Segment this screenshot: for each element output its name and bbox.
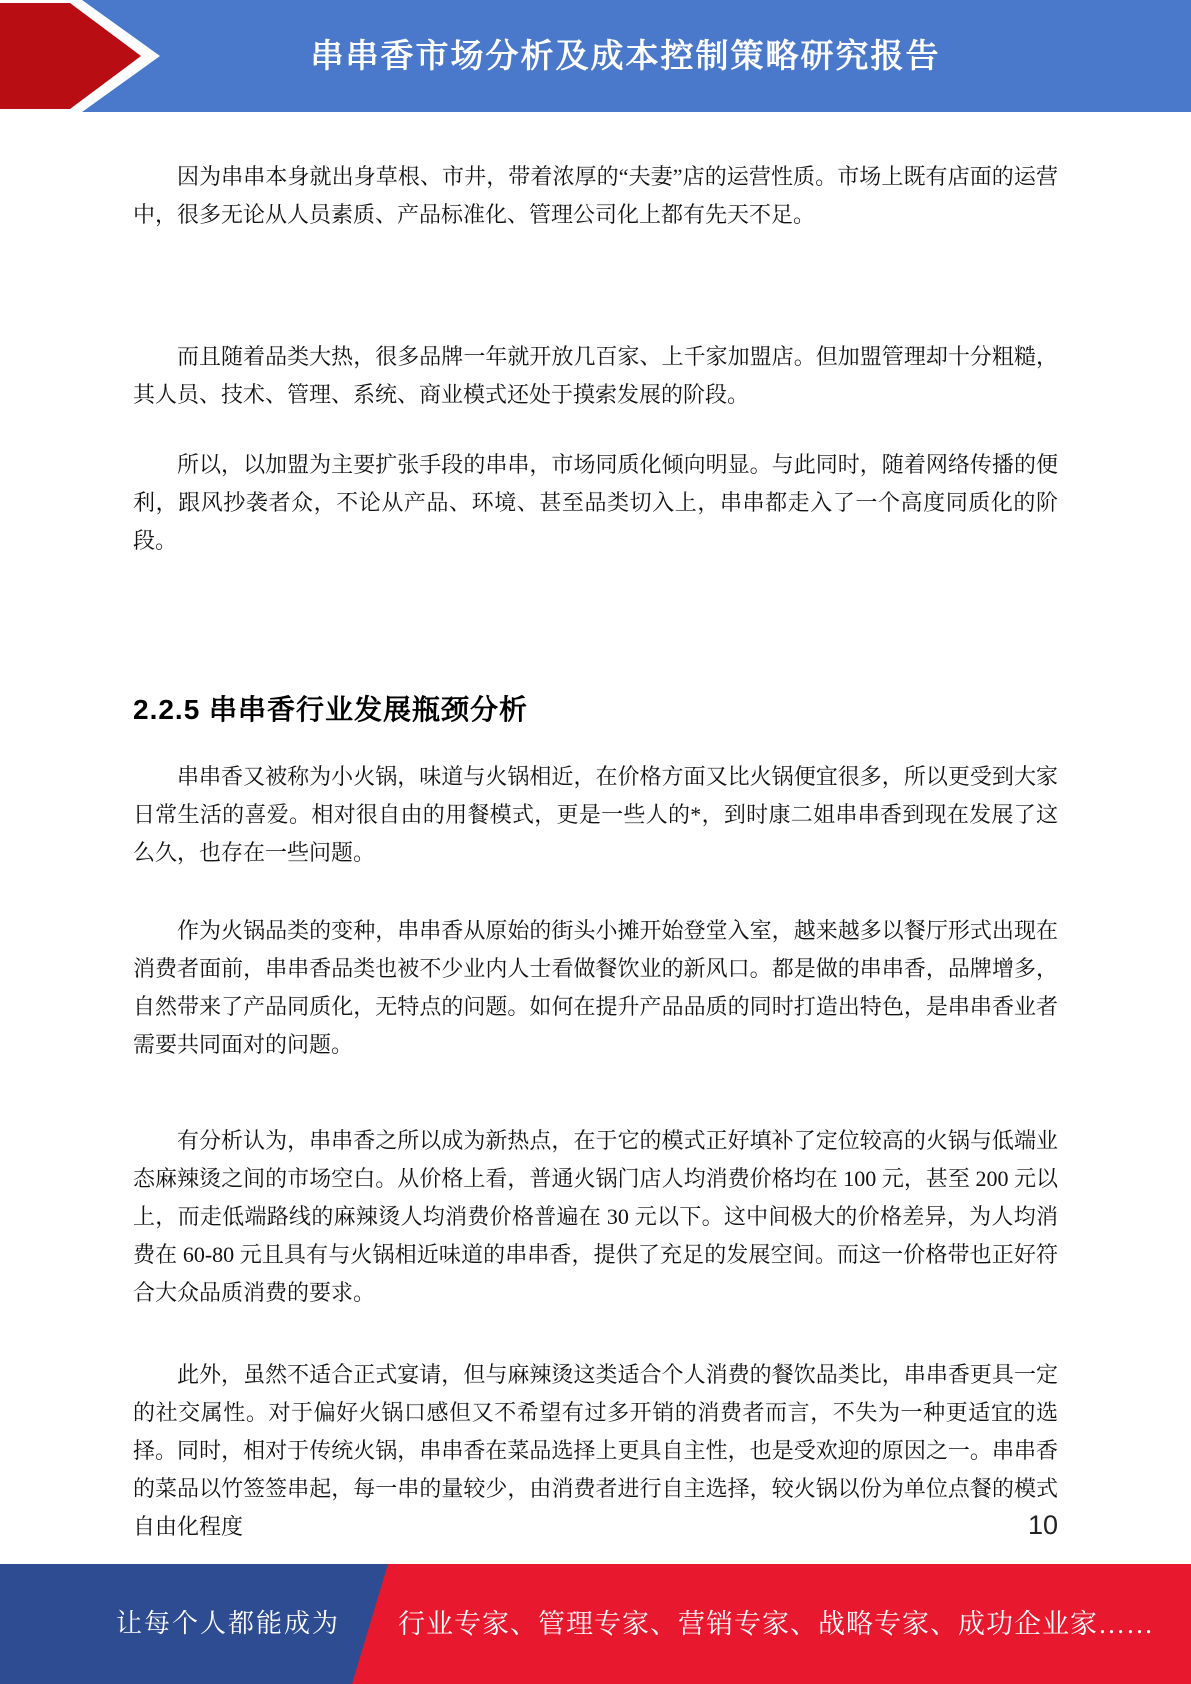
body-paragraph: 串串香又被称为小火锅，味道与火锅相近，在价格方面又比火锅便宜很多，所以更受到大家… bbox=[133, 758, 1058, 872]
footer-slogan-left: 让每个人都能成为 bbox=[0, 1564, 340, 1684]
page-number: 10 bbox=[133, 1510, 1058, 1541]
section-heading: 2.2.5 串串香行业发展瓶颈分析 bbox=[133, 688, 1058, 728]
footer-slogan-right: 行业专家、管理专家、营销专家、战略专家、成功企业家…… bbox=[398, 1564, 1181, 1684]
body-paragraph: 而且随着品类大热，很多品牌一年就开放几百家、上千家加盟店。但加盟管理却十分粗糙，… bbox=[133, 338, 1058, 414]
body-paragraph: 作为火锅品类的变种，串串香从原始的街头小摊开始登堂入室，越来越多以餐厅形式出现在… bbox=[133, 912, 1058, 1064]
report-page: 串串香市场分析及成本控制策略研究报告 因为串串本身就出身草根、市井，带着浓厚的“… bbox=[0, 0, 1191, 1684]
body-paragraph: 所以，以加盟为主要扩张手段的串串，市场同质化倾向明显。与此同时，随着网络传播的便… bbox=[133, 446, 1058, 560]
body-paragraph: 因为串串本身就出身草根、市井，带着浓厚的“夫妻”店的运营性质。市场上既有店面的运… bbox=[133, 158, 1058, 234]
body-paragraph: 有分析认为，串串香之所以成为新热点，在于它的模式正好填补了定位较高的火锅与低端业… bbox=[133, 1122, 1058, 1312]
footer-banner: 让每个人都能成为 行业专家、管理专家、营销专家、战略专家、成功企业家…… bbox=[0, 1564, 1191, 1684]
header-banner: 串串香市场分析及成本控制策略研究报告 bbox=[0, 0, 1191, 112]
report-title: 串串香市场分析及成本控制策略研究报告 bbox=[120, 0, 1131, 112]
